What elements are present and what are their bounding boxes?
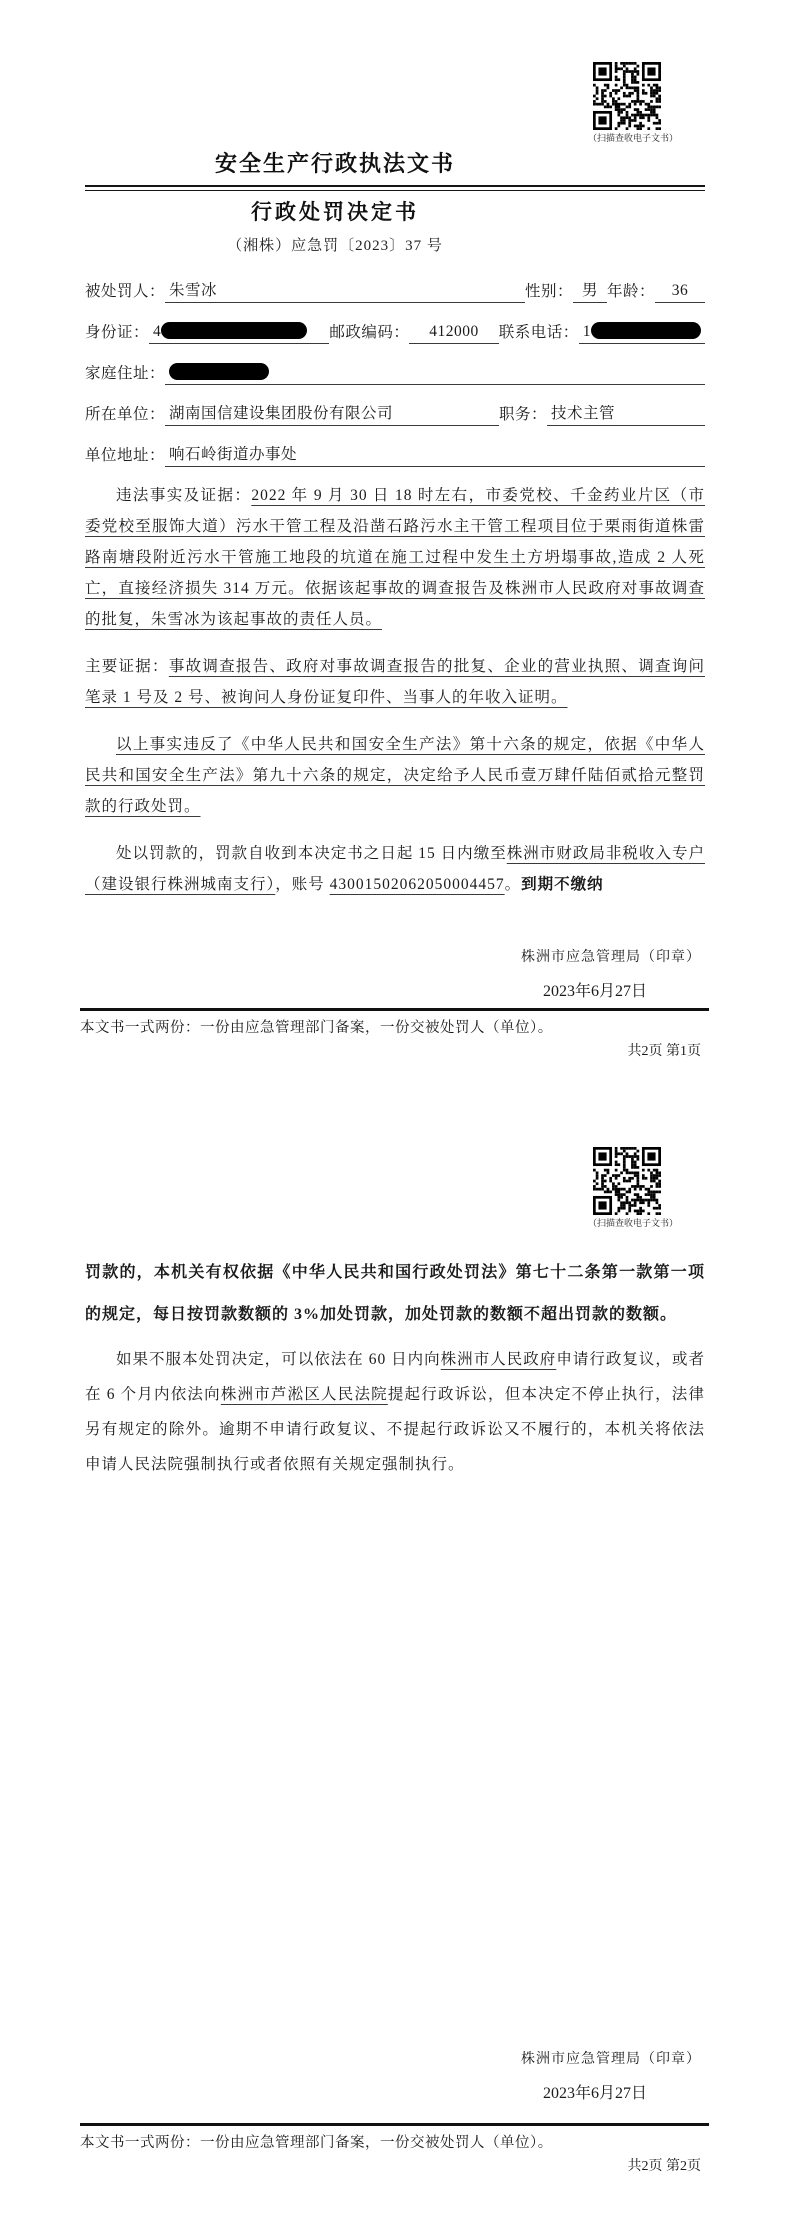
- id-card-value: 4: [149, 322, 329, 344]
- appeal-rights-paragraph: 如果不服本处罚决定，可以依法在 60 日内向株洲市人民政府申请行政复议，或者在 …: [85, 1342, 705, 1482]
- issuing-authority: 株洲市应急管理局（印章）: [85, 946, 705, 966]
- footer-rule: [80, 2123, 709, 2126]
- issuing-authority: 株洲市应急管理局（印章）: [85, 2048, 705, 2068]
- id-card-label: 身份证：: [85, 320, 149, 344]
- signature-block-page1: 株洲市应急管理局（印章） 2023年6月27日: [85, 946, 705, 1001]
- court-name: 株洲市芦淞区人民法院: [221, 1386, 388, 1403]
- evidence-text: 事故调查报告、政府对事故调查报告的批复、企业的营业执照、调查询问笔录 1 号及 …: [85, 658, 705, 706]
- qr-code-icon: [593, 62, 661, 130]
- home-address-label: 家庭住址：: [85, 361, 165, 385]
- home-address-value: [165, 363, 705, 385]
- employer-label: 所在单位：: [85, 402, 165, 426]
- law-basis-paragraph: 以上事实违反了《中华人民共和国安全生产法》第十六条的规定，依据《中华人民共和国安…: [85, 729, 705, 822]
- punished-person-value: 朱雪冰: [165, 278, 525, 303]
- form-row-home-address: 家庭住址：: [85, 344, 705, 385]
- evidence-paragraph: 主要证据：事故调查报告、政府对事故调查报告的批复、企业的营业执照、调查询问笔录 …: [85, 651, 705, 713]
- id-card-visible-digit: 4: [153, 323, 161, 340]
- copies-note: 本文书一式两份：一份由应急管理部门备案，一份交被处罚人（单位）。: [80, 2131, 709, 2152]
- facts-text: 2022 年 9 月 30 日 18 时左右，市委党校、千金药业片区（市委党校至…: [85, 487, 705, 628]
- qr-block-page2: （扫描查收电子文书）: [588, 1147, 666, 1229]
- appeal-intro: 如果不服本处罚决定，可以依法在 60 日内向: [116, 1351, 441, 1368]
- fine-payment-paragraph: 处以罚款的，罚款自收到本决定书之日起 15 日内缴至株洲市财政局非税收入专户（建…: [85, 838, 705, 900]
- page-indicator-page1: 共2页 第1页: [80, 1040, 709, 1060]
- position-value: 技术主管: [547, 401, 705, 426]
- header-double-rule: [85, 185, 705, 191]
- page-indicator-page2: 共2页 第2页: [80, 2155, 709, 2175]
- position-label: 职务：: [499, 402, 547, 426]
- page2-body: 罚款的，本机关有权依据《中华人民共和国行政处罚法》第七十二条第一款第一项的规定，…: [85, 1252, 705, 1488]
- form-row-employer: 所在单位： 湖南国信建设集团股份有限公司 职务： 技术主管: [85, 385, 705, 426]
- unit-address-value: 响石岭街道办事处: [165, 442, 705, 467]
- form-row-id-contact: 身份证： 4 邮政编码： 412000 联系电话： 1: [85, 303, 705, 344]
- law-basis-text: 以上事实违反了《中华人民共和国安全生产法》第十六条的规定，依据《中华人民共和国安…: [85, 736, 705, 815]
- document-category-title: 安全生产行政执法文书: [55, 147, 615, 178]
- form-fields: 被处罚人： 朱雪冰 性别： 男 年龄： 36 身份证： 4 邮政编码： 4120…: [85, 262, 705, 467]
- unit-address-label: 单位地址：: [85, 443, 165, 467]
- qr-caption: （扫描查收电子文书）: [588, 133, 666, 144]
- form-row-unit-address: 单位地址： 响石岭街道办事处: [85, 426, 705, 467]
- penalty-decision-document: （扫描查收电子文书） 安全生产行政执法文书 行政处罚决定书 （湘株）应急罚〔20…: [0, 0, 789, 2236]
- page1-body: 违法事实及证据：2022 年 9 月 30 日 18 时左右，市委党校、千金药业…: [85, 480, 705, 916]
- phone-visible-digit: 1: [583, 323, 591, 340]
- postal-code-value: 412000: [409, 323, 498, 344]
- gender-label: 性别：: [525, 279, 573, 303]
- issue-date: 2023年6月27日: [85, 2080, 705, 2103]
- evidence-label: 主要证据：: [85, 658, 169, 675]
- qr-caption: （扫描查收电子文书）: [588, 1218, 666, 1229]
- home-address-redaction: [169, 363, 269, 380]
- age-label: 年龄：: [607, 279, 655, 303]
- fine-account-label: ，账号: [275, 876, 329, 893]
- gender-value: 男: [573, 278, 607, 303]
- phone-value: 1: [579, 322, 705, 344]
- qr-block-page1: （扫描查收电子文书）: [588, 62, 666, 144]
- late-penalty-paragraph: 罚款的，本机关有权依据《中华人民共和国行政处罚法》第七十二条第一款第一项的规定，…: [85, 1252, 705, 1336]
- fine-sentence-period: 。: [505, 876, 522, 893]
- copies-note: 本文书一式两份：一份由应急管理部门备案，一份交被处罚人（单位）。: [80, 1016, 709, 1037]
- facts-paragraph: 违法事实及证据：2022 年 9 月 30 日 18 时左右，市委党校、千金药业…: [85, 480, 705, 635]
- footer-page2: 本文书一式两份：一份由应急管理部门备案，一份交被处罚人（单位）。 共2页 第2页: [80, 2123, 709, 2175]
- signature-block-page2: 株洲市应急管理局（印章） 2023年6月27日: [85, 2048, 705, 2103]
- qr-code-icon: [593, 1147, 661, 1215]
- postal-code-label: 邮政编码：: [329, 320, 409, 344]
- facts-label: 违法事实及证据：: [116, 487, 251, 504]
- punished-person-label: 被处罚人：: [85, 279, 165, 303]
- document-number: （湘株）应急罚〔2023〕37 号: [55, 234, 615, 255]
- review-authority: 株洲市人民政府: [441, 1351, 557, 1368]
- phone-redaction: [591, 322, 701, 339]
- footer-rule: [80, 1008, 709, 1011]
- id-card-redaction: [161, 322, 307, 339]
- form-row-person: 被处罚人： 朱雪冰 性别： 男 年龄： 36: [85, 262, 705, 303]
- employer-value: 湖南国信建设集团股份有限公司: [165, 401, 499, 426]
- overdue-warning-text: 到期不缴纳: [521, 876, 604, 893]
- issue-date: 2023年6月27日: [85, 978, 705, 1001]
- late-penalty-text: 罚款的，本机关有权依据《中华人民共和国行政处罚法》第七十二条第一款第一项的规定，…: [85, 1264, 705, 1323]
- footer-page1: 本文书一式两份：一份由应急管理部门备案，一份交被处罚人（单位）。 共2页 第1页: [80, 1008, 709, 1060]
- phone-label: 联系电话：: [499, 320, 579, 344]
- fine-account-number: 43001502062050004457: [330, 876, 505, 893]
- age-value: 36: [655, 282, 705, 303]
- fine-payment-intro: 处以罚款的，罚款自收到本决定书之日起 15 日内缴至: [116, 845, 507, 862]
- document-title: 行政处罚决定书: [55, 196, 615, 226]
